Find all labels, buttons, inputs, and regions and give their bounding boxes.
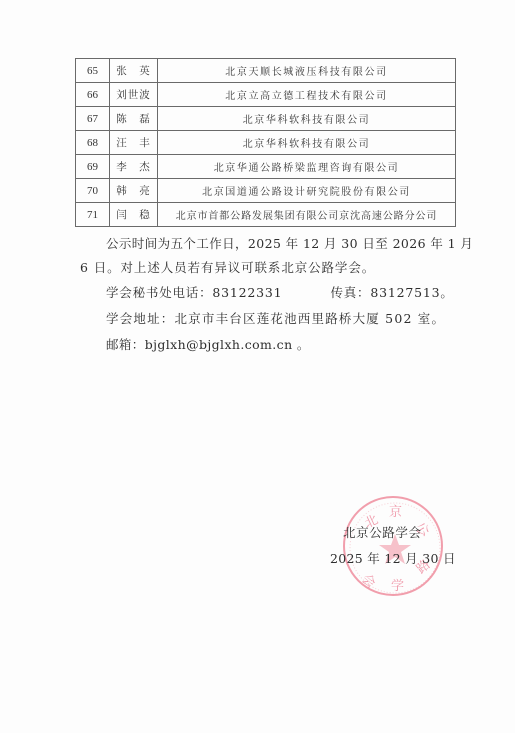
organization: 北京华通公路桥梁监理咨询有限公司: [158, 155, 456, 179]
person-name: 汪 丰: [110, 131, 158, 155]
table-row: 69 李 杰 北京华通公路桥梁监理咨询有限公司: [76, 155, 456, 179]
contact-line: 学会秘书处电话：83122331传真：83127513。: [106, 283, 454, 301]
organization: 北京市首都公路发展集团有限公司京沈高速公路分公司: [158, 203, 456, 227]
fax-text: 传真：83127513。: [330, 285, 453, 300]
person-name: 张 英: [110, 59, 158, 83]
row-number: 70: [76, 179, 110, 203]
roster-table: 65 张 英 北京天顺长城液压科技有限公司 66 刘世波 北京立高立德工程技术有…: [75, 58, 456, 227]
table-row: 70 韩 亮 北京国道通公路设计研究院股份有限公司: [76, 179, 456, 203]
signature-organization: 北京公路学会: [343, 523, 422, 541]
table-row: 68 汪 丰 北京华科软科技有限公司: [76, 131, 456, 155]
table-row: 67 陈 磊 北京华科软科技有限公司: [76, 107, 456, 131]
address-text: 学会地址：北京市丰台区莲花池西里路桥大厦 502 室。: [106, 309, 445, 327]
email-text: 邮箱：bjglxh@bjglxh.com.cn 。: [106, 335, 310, 353]
notice-period-line1: 公示时间为五个工作日，2025 年 12 月 30 日至 2026 年 1 月: [106, 234, 473, 252]
document-page: 65 张 英 北京天顺长城液压科技有限公司 66 刘世波 北京立高立德工程技术有…: [0, 0, 515, 733]
table-row: 65 张 英 北京天顺长城液压科技有限公司: [76, 59, 456, 83]
notice-period-line2: 6 日。对上述人员若有异议可联系北京公路学会。: [80, 258, 375, 276]
organization: 北京华科软科技有限公司: [158, 131, 456, 155]
person-name: 闫 稳: [110, 203, 158, 227]
row-number: 69: [76, 155, 110, 179]
table-row: 71 闫 稳 北京市首都公路发展集团有限公司京沈高速公路分公司: [76, 203, 456, 227]
person-name: 陈 磊: [110, 107, 158, 131]
person-name: 刘世波: [110, 83, 158, 107]
row-number: 66: [76, 83, 110, 107]
person-name: 李 杰: [110, 155, 158, 179]
organization: 北京国道通公路设计研究院股份有限公司: [158, 179, 456, 203]
phone-text: 学会秘书处电话：83122331: [106, 285, 282, 300]
official-seal-icon: 北 京 公 路 学 会: [343, 496, 443, 596]
row-number: 65: [76, 59, 110, 83]
table-row: 66 刘世波 北京立高立德工程技术有限公司: [76, 83, 456, 107]
organization: 北京天顺长城液压科技有限公司: [158, 59, 456, 83]
organization: 北京立高立德工程技术有限公司: [158, 83, 456, 107]
row-number: 67: [76, 107, 110, 131]
row-number: 71: [76, 203, 110, 227]
svg-text:学: 学: [391, 579, 404, 594]
svg-text:京: 京: [389, 504, 402, 520]
svg-text:会: 会: [358, 572, 378, 592]
signature-date: 2025 年 12 月 30 日: [330, 549, 456, 567]
person-name: 韩 亮: [110, 179, 158, 203]
row-number: 68: [76, 131, 110, 155]
organization: 北京华科软科技有限公司: [158, 107, 456, 131]
